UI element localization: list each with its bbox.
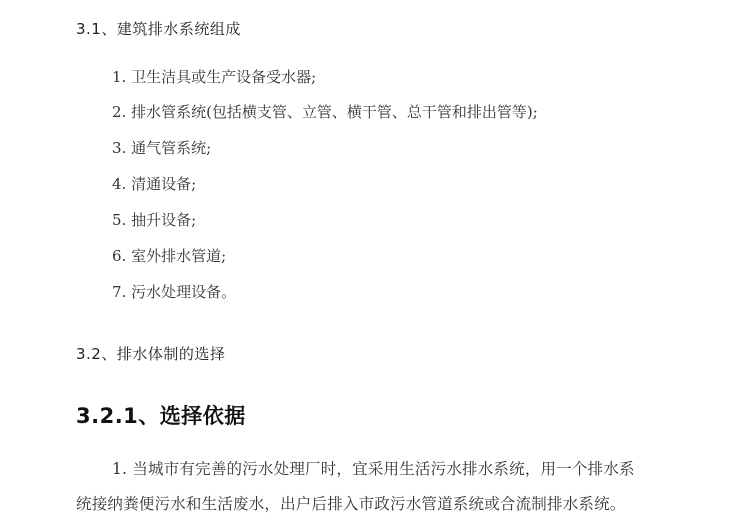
paragraph-line: 1. 当城市有完善的污水处理厂时，宜采用生活污水排水系统，用一个排水系 xyxy=(112,457,635,479)
list-item: 5. 抽升设备; xyxy=(112,209,196,230)
list-item: 3. 通气管系统; xyxy=(112,137,211,158)
paragraph-line: 统接纳粪便污水和生活废水，出户后排入市政污水管道系统或合流制排水系统。 xyxy=(76,492,626,514)
subsection-heading-3-2-1: 3.2.1、选择依据 xyxy=(76,400,246,430)
list-item: 2. 排水管系统(包括横支管、立管、横干管、总干管和排出管等); xyxy=(112,101,538,122)
list-item: 7. 污水处理设备。 xyxy=(112,281,236,302)
list-item: 1. 卫生洁具或生产设备受水器; xyxy=(112,66,316,87)
section-heading-3-2: 3.2、排水体制的选择 xyxy=(76,343,225,364)
list-item: 6. 室外排水管道; xyxy=(112,245,226,266)
section-heading-3-1: 3.1、建筑排水系统组成 xyxy=(76,18,241,39)
list-item: 4. 清通设备; xyxy=(112,173,196,194)
document-page: 3.1、建筑排水系统组成 1. 卫生洁具或生产设备受水器; 2. 排水管系统(包… xyxy=(0,0,747,522)
